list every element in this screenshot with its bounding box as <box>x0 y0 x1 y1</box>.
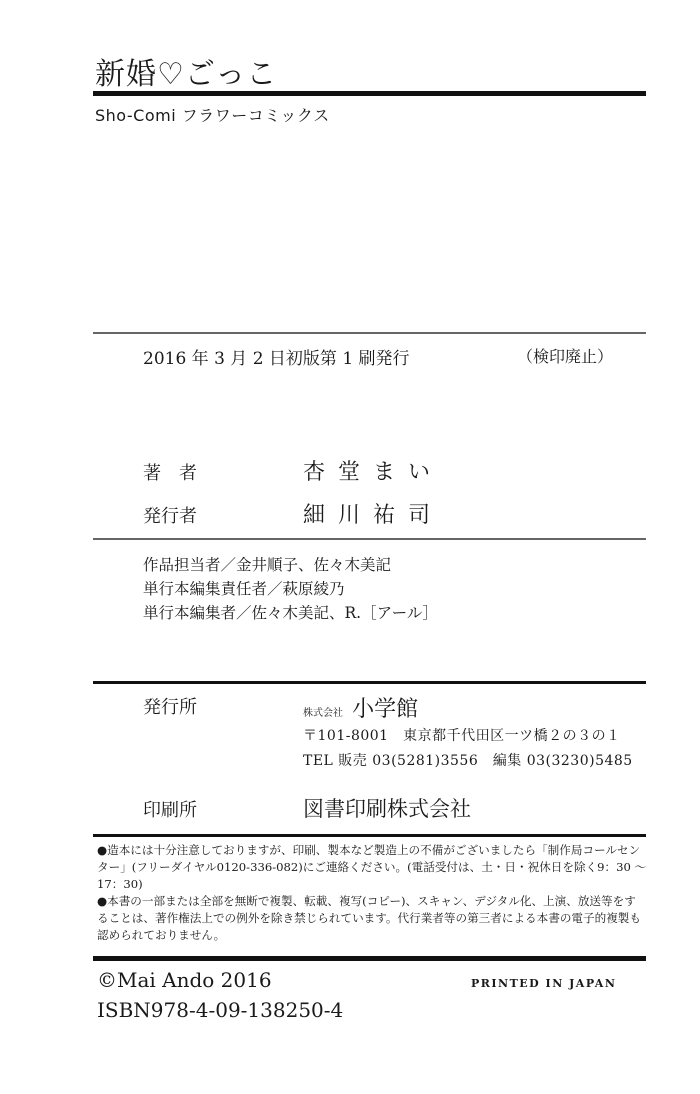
printed-in-japan: PRINTED IN JAPAN <box>471 977 616 990</box>
author-name: 杏堂まい <box>303 455 443 486</box>
publisher-divider <box>93 681 646 684</box>
seal-note: （検印廃止） <box>517 344 613 367</box>
issue-date: 2016 年 3 月 2 日初版第 1 刷発行 <box>143 344 410 369</box>
issue-divider <box>93 332 646 334</box>
copyright-line: ©Mai Ando 2016 <box>97 968 272 992</box>
isbn: ISBN978-4-09-138250-4 <box>97 998 343 1022</box>
note-defects: ●造本には十分注意しておりますが、印刷、製本など製造上の不備がございましたら「制… <box>97 842 647 893</box>
series-name: Sho-Comi フラワーコミックス <box>95 103 330 126</box>
printer-label: 印刷所 <box>143 796 197 822</box>
author-label: 著 者 <box>143 459 197 485</box>
staff-line: 単行本編集責任者／萩原綾乃 <box>143 577 345 599</box>
book-title: 新婚♡ごっこ <box>95 49 277 93</box>
credits-divider <box>93 538 646 540</box>
company-prefix: 株式会社 <box>303 708 343 719</box>
printer-name: 図書印刷株式会社 <box>303 793 471 823</box>
company-name: 小学館 <box>352 697 418 722</box>
publisher-company: 株式会社 小学館 <box>303 692 418 723</box>
title-divider <box>93 91 646 96</box>
note-copyright: ●本書の一部または全部を無断で複製、転載、複写(コピー)、スキャン、デジタル化、… <box>97 893 647 944</box>
staff-line: 作品担当者／金井順子、佐々木美記 <box>143 553 391 575</box>
staff-line: 単行本編集者／佐々木美記、R.［アール］ <box>143 601 438 623</box>
publisher-label: 発行所 <box>143 693 197 719</box>
publisher-tel: TEL 販売 03(5281)3556 編集 03(3230)5485 <box>303 750 633 770</box>
notes-divider <box>93 834 646 837</box>
publisher-person-label: 発行者 <box>143 502 197 528</box>
publisher-person-name: 細川祐司 <box>303 498 443 529</box>
footer-divider <box>93 956 646 961</box>
publisher-address: 〒101-8001 東京都千代田区一ツ橋２の３の１ <box>303 725 621 745</box>
